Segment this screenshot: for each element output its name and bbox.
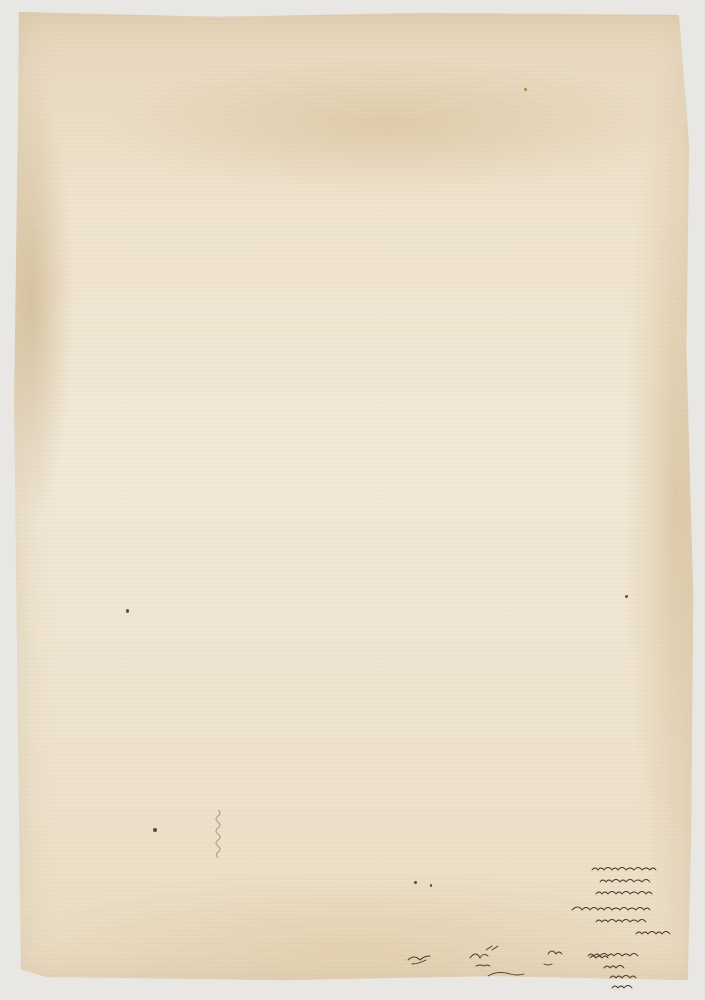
ink-spot (430, 884, 432, 887)
image-caption: Blank aged paper sheet (verso) with fain… (0, 0, 1, 1)
aged-paper-sheet (12, 8, 696, 984)
ink-spot (153, 828, 157, 832)
ink-spot (414, 881, 417, 884)
ink-spot (524, 88, 527, 91)
ink-spot (625, 595, 628, 598)
ink-spot (126, 609, 129, 613)
